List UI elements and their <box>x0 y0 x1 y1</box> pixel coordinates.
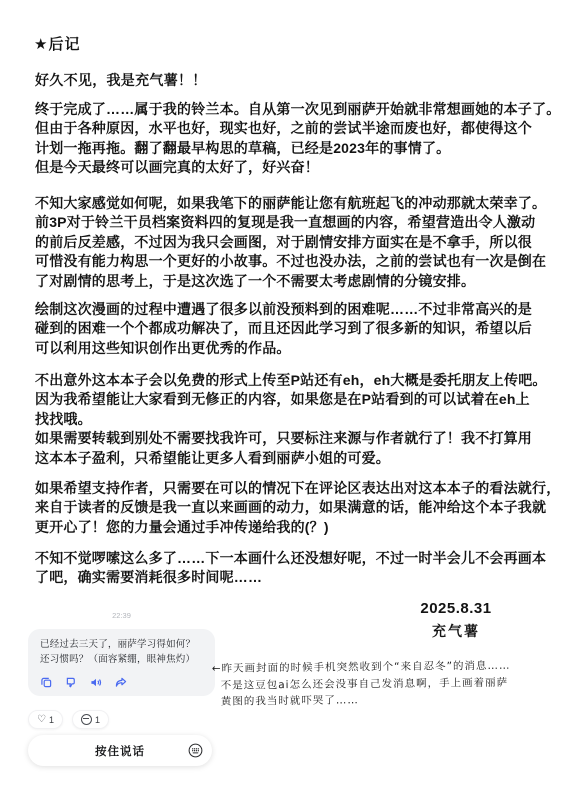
like-count: 1 <box>49 715 54 725</box>
chat-message-bubble: 已经过去三天了，丽萨学习得如何？还习惯吗？（面容紧绷，眼神焦灼） <box>28 629 215 696</box>
reaction-chips: ♡ 1 1 <box>28 710 109 729</box>
hold-to-talk-label: 按住说话 <box>95 743 145 759</box>
heart-icon: ♡ <box>37 715 46 725</box>
signature-date: 2025.8.31 <box>372 600 540 617</box>
page-title: ★后记 <box>34 33 80 54</box>
copy-icon[interactable] <box>40 676 52 688</box>
read-aloud-speaker-icon[interactable] <box>90 676 102 688</box>
like-chip[interactable]: ♡ 1 <box>28 710 63 729</box>
comment-count: 1 <box>95 715 100 725</box>
paragraph-upload-info: 不出意外这本本子会以免费的形式上传至P站还有eh，eh大概是委托朋友上传吧。 因… <box>35 371 561 468</box>
chat-timestamp: 22:39 <box>28 611 215 620</box>
keyboard-toggle-icon[interactable] <box>188 743 203 758</box>
signature-block: 2025.8.31 充气薯 <box>372 600 540 641</box>
hold-to-talk-button[interactable]: 按住说话 <box>28 735 212 766</box>
paragraph-difficulties: 绘制这次漫画的过程中遭遇了很多以前没预料到的困难呢……不过非常高兴的是 碰到的困… <box>35 300 561 358</box>
signature-author: 充气薯 <box>372 621 540 641</box>
share-icon[interactable] <box>115 676 127 688</box>
paragraph-story-arrangement: 不知大家感觉如何呢，如果我笔下的丽萨能让您有航班起飞的冲动那就太荣幸了。 前3P… <box>35 194 561 291</box>
dislike-icon[interactable] <box>65 676 77 688</box>
comment-chip[interactable]: 1 <box>72 710 109 729</box>
chat-message-text: 已经过去三天了，丽萨学习得如何？还习惯吗？（面容紧绷，眼神焦灼） <box>40 638 203 667</box>
handwritten-margin-note: ←昨天画封面的时候手机突然收到个“来自忍冬”的消息…… 不是这豆包ai怎么还会没… <box>212 657 564 710</box>
greeting-line: 好久不见，我是充气薯！！ <box>35 70 207 90</box>
paragraph-support-author: 如果希望支持作者，只需要在可以的情况下在评论区表达出对这本本子的看法就行， 来自… <box>35 479 561 537</box>
message-action-bar <box>40 676 203 688</box>
circle-dash-icon <box>81 714 92 725</box>
paragraph-closing: 不知不觉啰嗦这么多了……下一本画什么还没想好呢，不过一时半会儿不会再画本 了吧，… <box>35 549 561 588</box>
paragraph-completion: 终于完成了……属于我的铃兰本。自从第一次见到丽萨开始就非常想画她的本子了。 但由… <box>35 100 561 178</box>
